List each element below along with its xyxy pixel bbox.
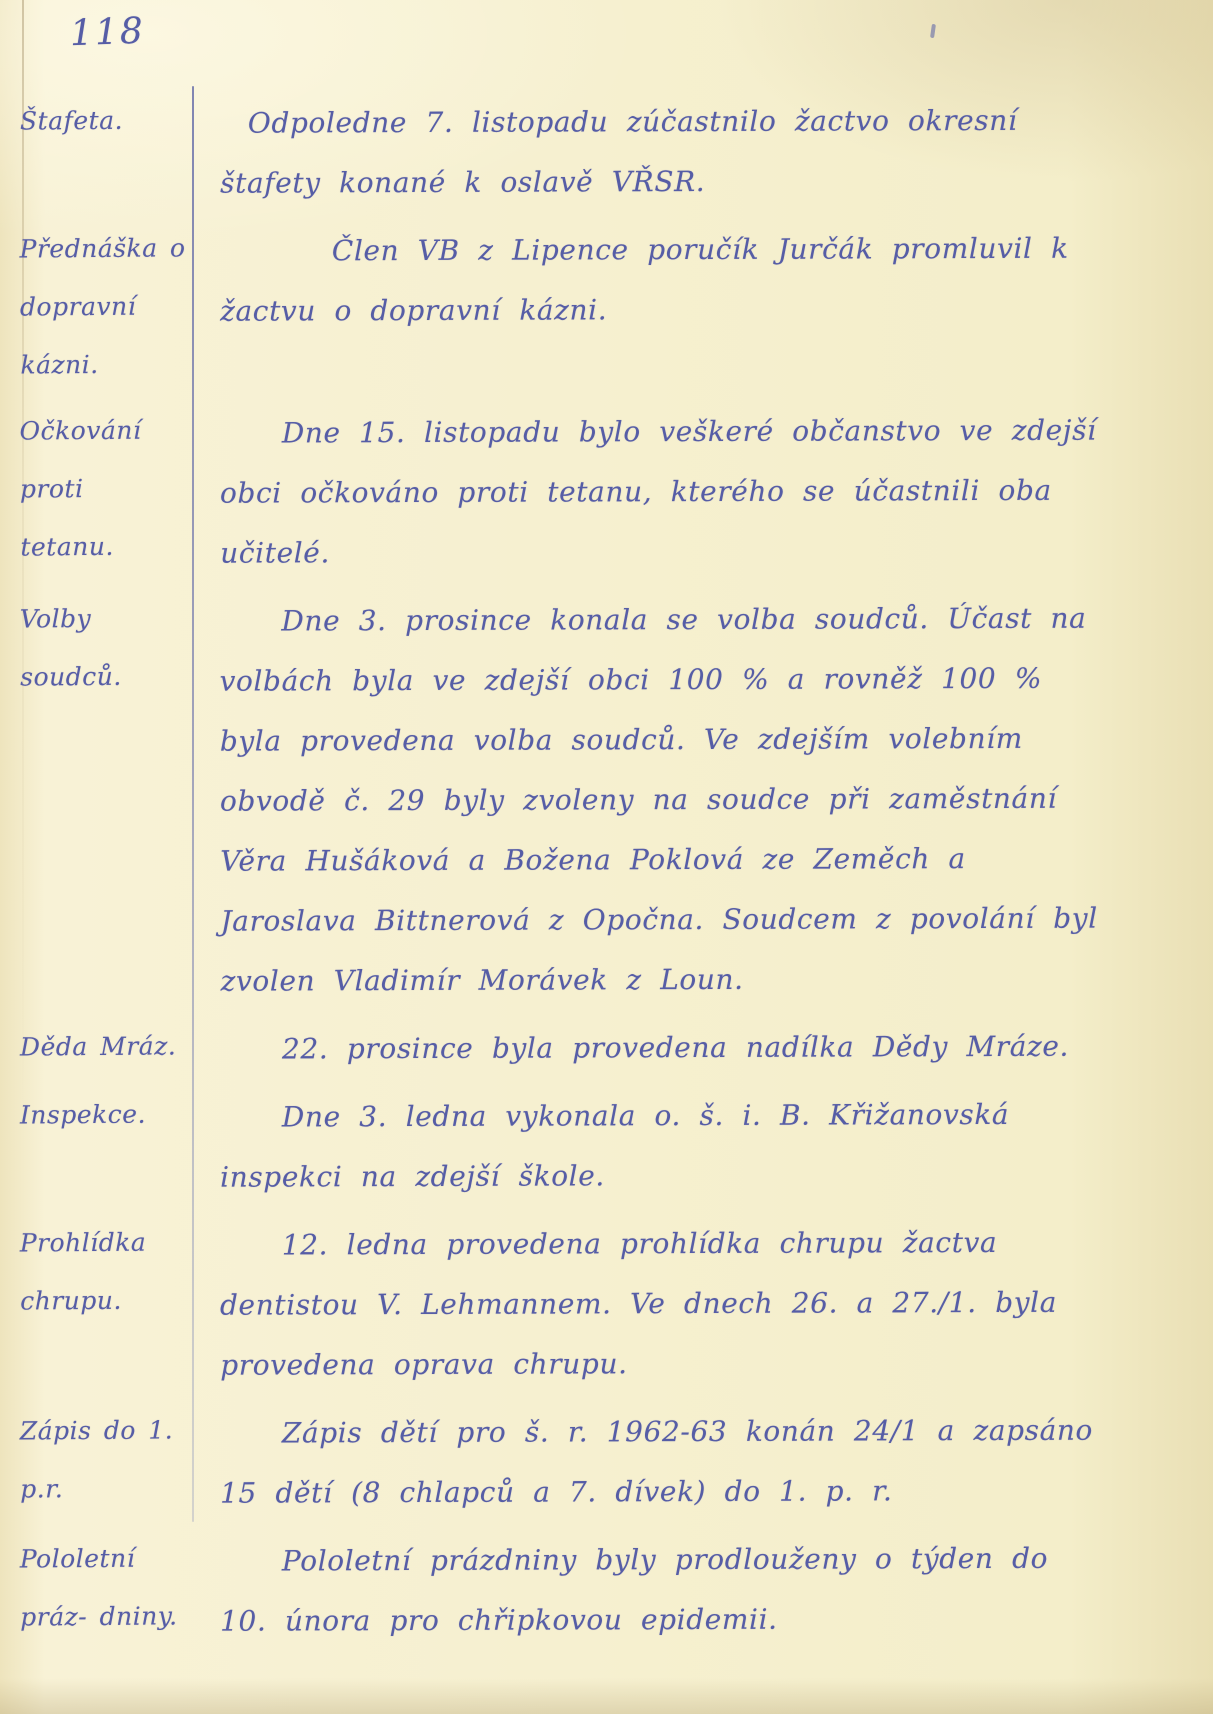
margin-label: Zápis do 1. p.r.: [0, 1401, 188, 1518]
ink-speck: [930, 24, 936, 38]
entry-text: Dne 3. prosince konala se volba soudců. …: [187, 588, 1213, 1012]
chronicle-entry: Inspekce. Dne 3. ledna vykonala o. š. i.…: [0, 1086, 1213, 1206]
entry-text: 22. prosince byla provedena nadílka Dědy…: [188, 1016, 1213, 1080]
entry-text: Zápis dětí pro š. r. 1962-63 konán 24/1 …: [188, 1400, 1213, 1524]
margin-label: Prohlídka chrupu.: [0, 1213, 188, 1330]
margin-label: Přednáška o dopravní kázni.: [0, 219, 189, 394]
page-number: 118: [69, 11, 145, 55]
chronicle-entry: Zápis do 1. p.r. Zápis dětí pro š. r. 19…: [0, 1402, 1213, 1522]
entry-text: Dne 3. ledna vykonala o. š. i. B. Křižan…: [188, 1084, 1213, 1208]
chronicle-entry: Přednáška o dopravní kázni. Člen VB z Li…: [0, 220, 1213, 394]
chronicle-entry: Volby soudců. Dne 3. prosince konala se …: [0, 590, 1213, 1010]
entry-text: Člen VB z Lipence poručík Jurčák promluv…: [188, 218, 1213, 342]
margin-label: Štafeta.: [0, 91, 188, 150]
margin-label: Volby soudců.: [0, 589, 188, 706]
entry-text: 12. ledna provedena prohlídka chrupu žac…: [188, 1212, 1213, 1396]
margin-label: Očkování proti tetanu.: [0, 401, 189, 576]
chronicle-entry: Pololetní práz- dniny. Pololetní prázdni…: [0, 1530, 1213, 1650]
entry-text: Odpoledne 7. listopadu zúčastnilo žactvo…: [188, 90, 1213, 214]
margin-label: Děda Mráz.: [0, 1017, 188, 1076]
chronicle-entry: Děda Mráz. 22. prosince byla provedena n…: [0, 1018, 1213, 1078]
chronicle-page: 118 Štafeta. Odpoledne 7. listopadu zúča…: [0, 0, 1213, 1714]
entry-text: Dne 15. listopadu bylo veškeré občanstvo…: [188, 400, 1213, 584]
entry-text: Pololetní prázdniny byly prodlouženy o t…: [188, 1528, 1213, 1652]
chronicle-entries: Štafeta. Odpoledne 7. listopadu zúčastni…: [0, 92, 1213, 1658]
chronicle-entry: Očkování proti tetanu. Dne 15. listopadu…: [0, 402, 1213, 582]
margin-label: Pololetní práz- dniny.: [0, 1529, 188, 1646]
margin-label: Inspekce.: [0, 1085, 188, 1144]
chronicle-entry: Štafeta. Odpoledne 7. listopadu zúčastni…: [0, 92, 1213, 212]
chronicle-entry: Prohlídka chrupu. 12. ledna provedena pr…: [0, 1214, 1213, 1394]
